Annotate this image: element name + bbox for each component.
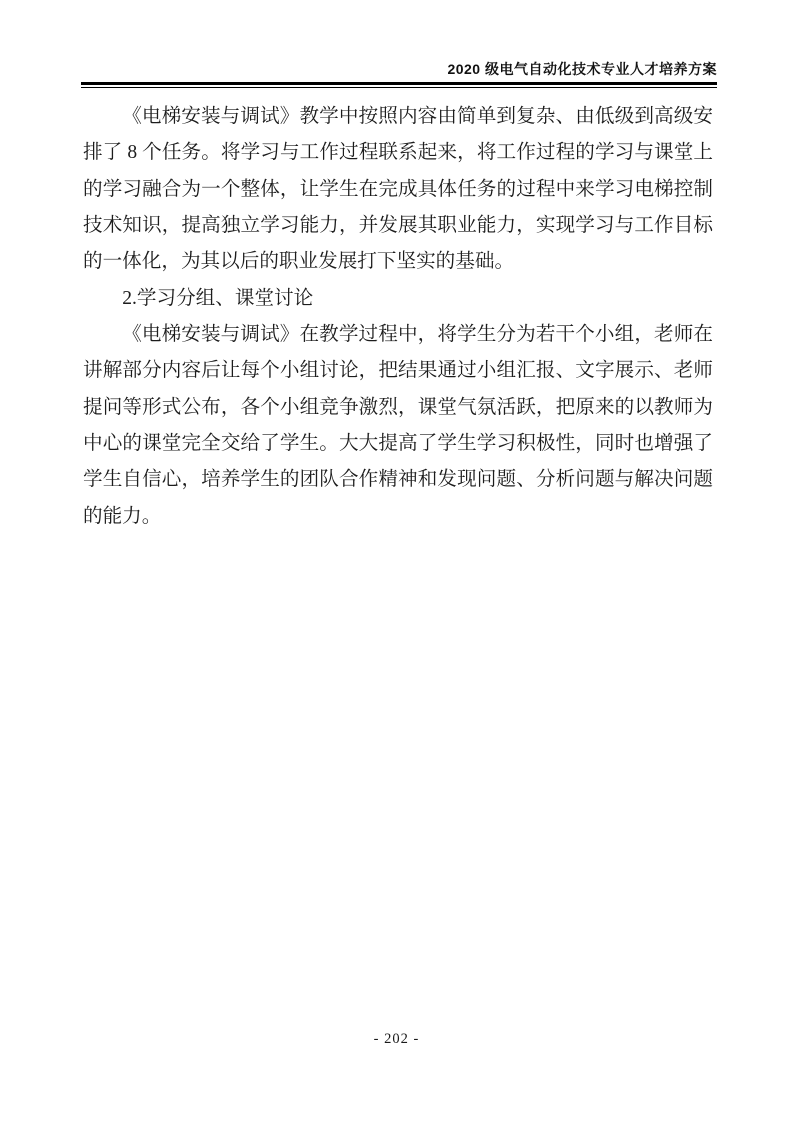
header-rule xyxy=(81,82,717,88)
page-number: - 202 - xyxy=(374,1031,420,1047)
paragraph-group-discussion: 《电梯安装与调试》在教学过程中，将学生分为若干个小组，老师在讲解部分内容后让每个… xyxy=(83,317,713,535)
header-title: 2020 级电气自动化技术专业人才培养方案 xyxy=(83,59,717,79)
paragraph-teaching-tasks: 《电梯安装与调试》教学中按照内容由简单到复杂、由低级到高级安排了 8 个任务。将… xyxy=(83,99,713,281)
paragraph-section-heading: 2.学习分组、课堂讨论 xyxy=(83,281,713,317)
document-body: 《电梯安装与调试》教学中按照内容由简单到复杂、由低级到高级安排了 8 个任务。将… xyxy=(83,99,713,535)
page-footer: - 202 - xyxy=(0,1031,793,1048)
header-rule-thin-line xyxy=(81,87,717,88)
document-page: 2020 级电气自动化技术专业人才培养方案 《电梯安装与调试》教学中按照内容由简… xyxy=(0,0,793,1122)
